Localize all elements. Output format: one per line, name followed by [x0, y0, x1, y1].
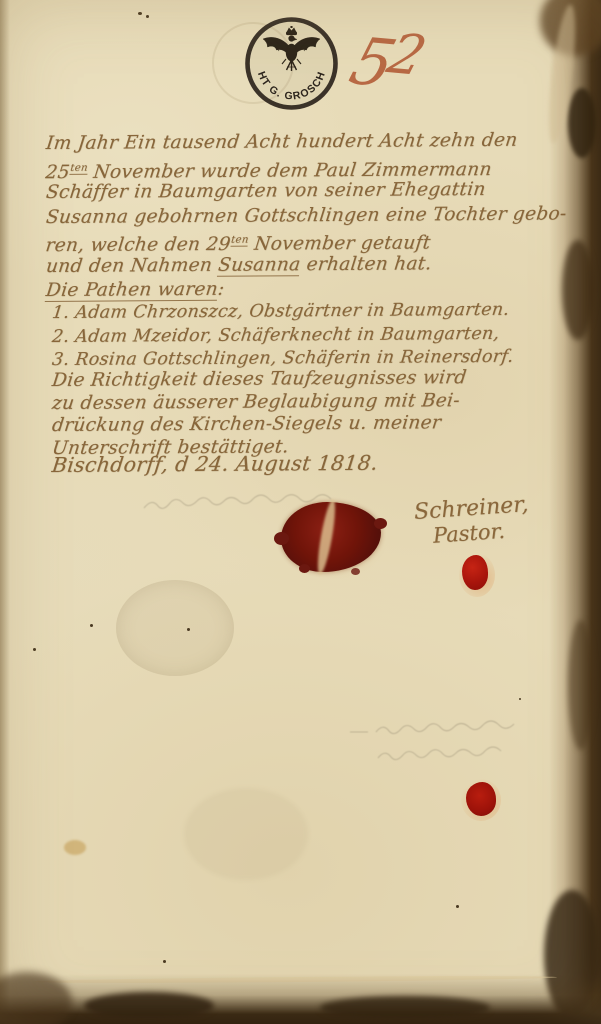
scanned-document-page: ACHT G. GROSCHEN [0, 0, 601, 1024]
scan-vignette [0, 0, 601, 1024]
